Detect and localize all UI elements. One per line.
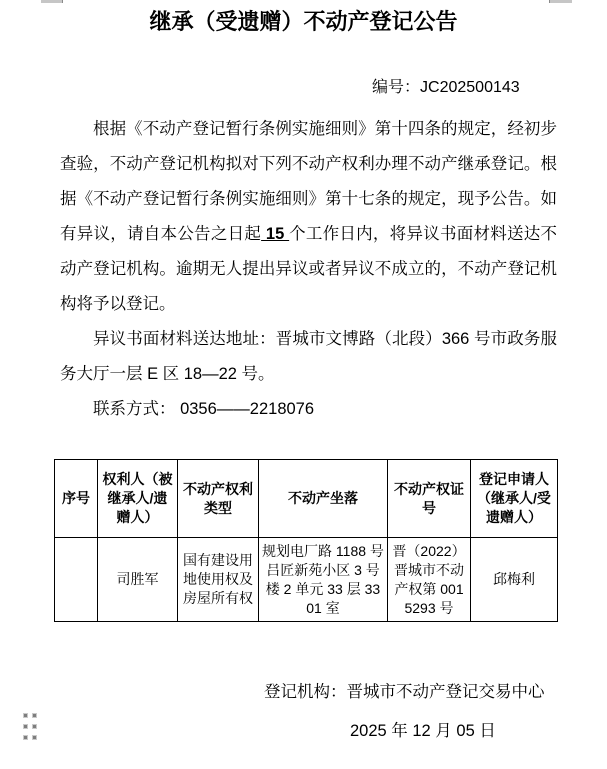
- notice-body: 根据《不动产登记暂行条例实施细则》第十四条的规定，经初步查验，不动产登记机构拟对…: [60, 112, 557, 427]
- column-header-holder: 权利人（被继承人/遗赠人）: [98, 460, 178, 538]
- column-header-seq: 序号: [55, 460, 98, 538]
- doc-number-label: 编号：: [372, 79, 420, 96]
- cell-seq: [55, 538, 98, 622]
- cell-holder: 司胜军: [98, 538, 178, 622]
- grip-dot: [24, 714, 27, 717]
- doc-number-value: JC202500143: [420, 79, 520, 96]
- table-header-row: 序号 权利人（被继承人/遗赠人） 不动产权利类型 不动产坐落 不动产权证号 登记…: [55, 460, 558, 538]
- column-header-right-type: 不动产权利类型: [178, 460, 259, 538]
- cell-applicant: 邱梅利: [471, 538, 558, 622]
- notice-document-page: 继承（受遗赠）不动产登记公告 编号：JC202500143 根据《不动产登记暂行…: [0, 0, 607, 769]
- column-header-applicant: 登记申请人（继承人/受遗赠人）: [471, 460, 558, 538]
- grip-dot: [33, 714, 36, 717]
- grip-dot: [24, 725, 27, 728]
- ruler-mark-left: [41, 0, 63, 3]
- notice-paragraph: 根据《不动产登记暂行条例实施细则》第十四条的规定，经初步查验，不动产登记机构拟对…: [60, 112, 557, 322]
- address-paragraph: 异议书面材料送达地址：晋城市文博路（北段）366 号市政务服务大厅一层 E 区 …: [60, 322, 557, 392]
- column-header-cert-no: 不动产权证号: [388, 460, 471, 538]
- objection-days-underlined: 15: [261, 225, 289, 243]
- notice-date-line: 2025 年 12 月 05 日: [350, 721, 607, 741]
- contact-paragraph: 联系方式： 0356——2218076: [60, 392, 557, 427]
- column-header-location: 不动产坐落: [259, 460, 388, 538]
- doc-number-line: 编号：JC202500143: [372, 78, 607, 98]
- cell-right-type: 国有建设用地使用权及房屋所有权: [178, 538, 259, 622]
- grip-dot: [24, 736, 27, 739]
- registration-table: 序号 权利人（被继承人/遗赠人） 不动产权利类型 不动产坐落 不动产权证号 登记…: [54, 459, 558, 622]
- page-title: 继承（受遗赠）不动产登记公告: [0, 0, 607, 35]
- registration-org-line: 登记机构：晋城市不动产登记交易中心: [264, 682, 607, 702]
- grip-dot: [33, 725, 36, 728]
- cell-cert-no: 晋（2022）晋城市不动产权第 0015293 号: [388, 538, 471, 622]
- grip-dot: [33, 736, 36, 739]
- cell-location: 规划电厂路 1188 号吕匠新苑小区 3 号楼 2 单元 33 层 3301 室: [259, 538, 388, 622]
- ruler-mark-right: [549, 0, 572, 3]
- drag-handle-icon[interactable]: [24, 714, 36, 739]
- table-row: 司胜军 国有建设用地使用权及房屋所有权 规划电厂路 1188 号吕匠新苑小区 3…: [55, 538, 558, 622]
